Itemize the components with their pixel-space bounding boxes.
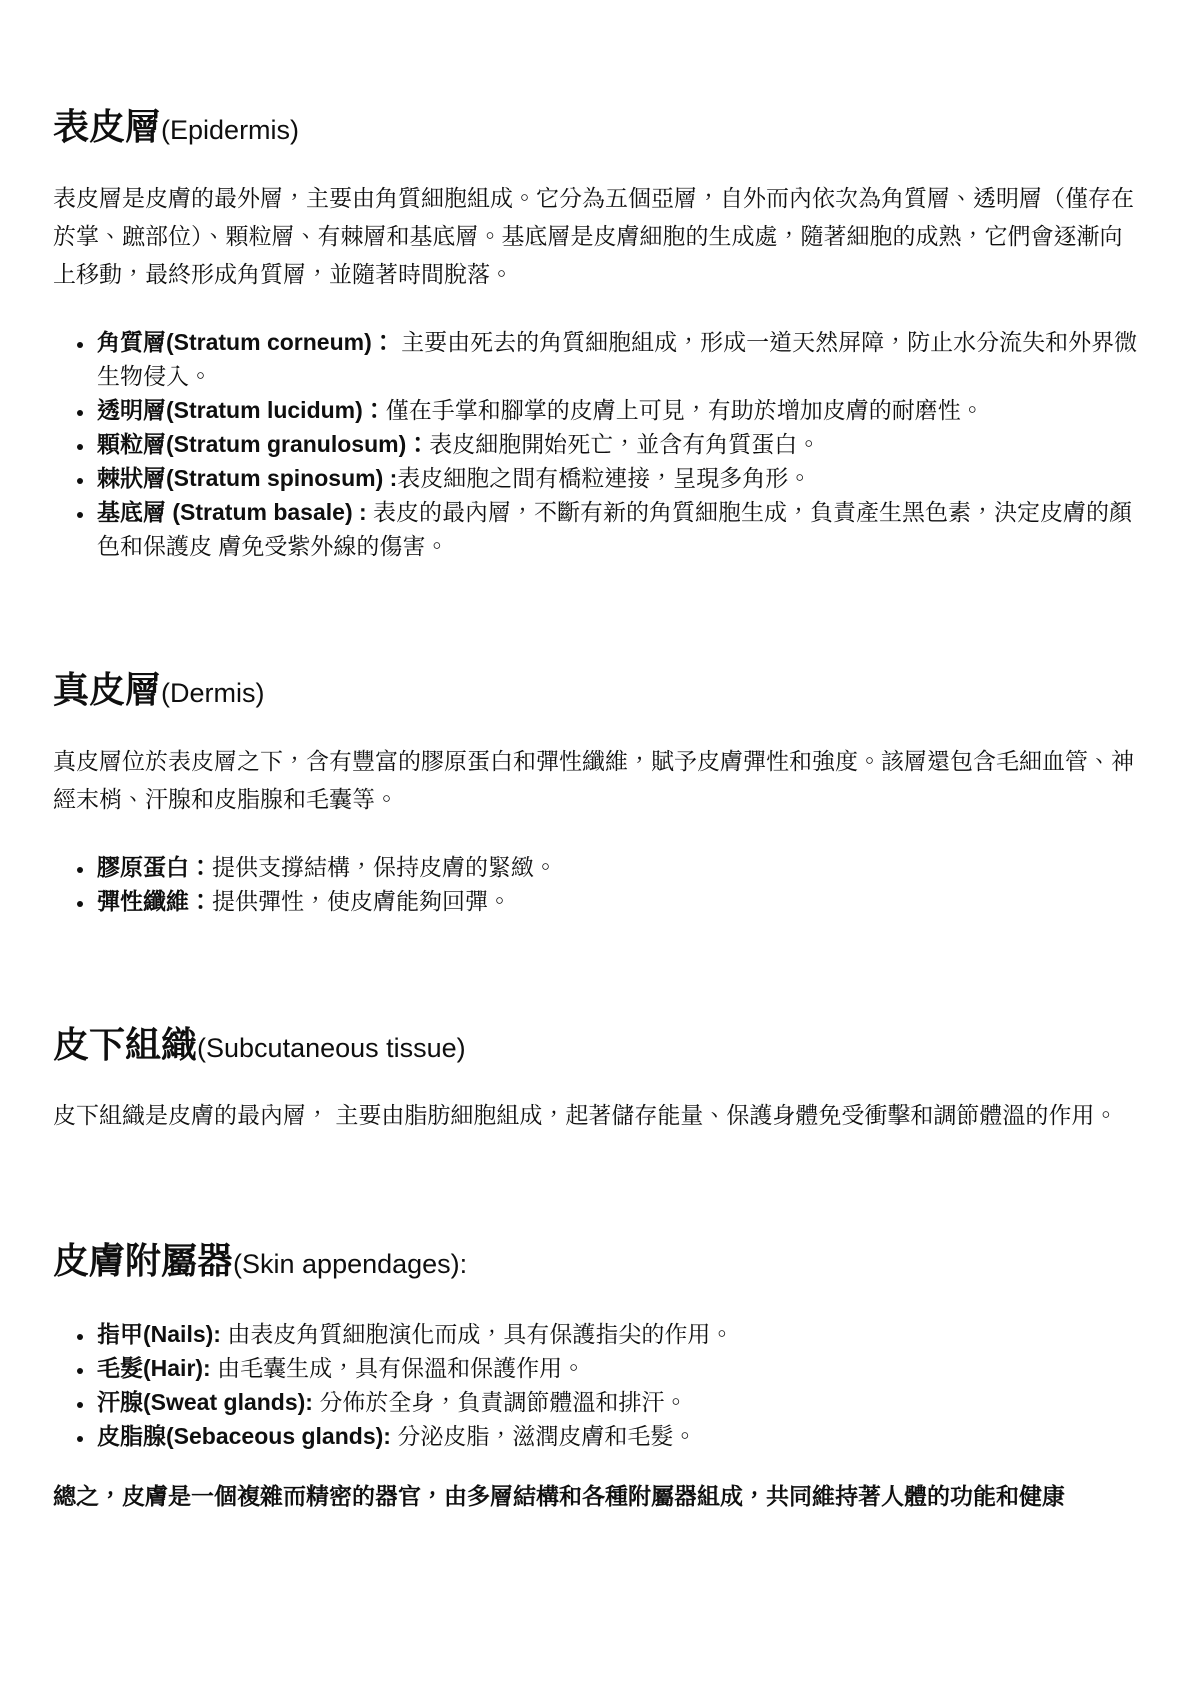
section-dermis: 真皮層(Dermis) 真皮層位於表皮層之下，含有豐富的膠原蛋白和彈性纖維，賦予… bbox=[53, 667, 1141, 918]
paragraph-subcutaneous: 皮下組織是皮膚的最內層， 主要由脂肪細胞組成，起著儲存能量、保護身體免受衝擊和調… bbox=[53, 1096, 1141, 1134]
bullet-list-appendages: 指甲(Nails): 由表皮角質細胞演化而成，具有保護指尖的作用。 毛髮(Hai… bbox=[53, 1317, 1141, 1453]
bullet-list-dermis: 膠原蛋白：提供支撐結構，保持皮膚的緊緻。 彈性纖維：提供彈性，使皮膚能夠回彈。 bbox=[53, 850, 1141, 918]
heading-appendages: 皮膚附屬器(Skin appendages): bbox=[53, 1238, 1141, 1285]
bullet-desc: 由表皮角質細胞演化而成，具有保護指尖的作用。 bbox=[221, 1321, 733, 1347]
bullet-desc: 由毛囊生成，具有保溫和保護作用。 bbox=[211, 1355, 585, 1381]
paragraph-dermis: 真皮層位於表皮層之下，含有豐富的膠原蛋白和彈性纖維，賦予皮膚彈性和強度。該層還包… bbox=[53, 742, 1141, 818]
heading-en: (Subcutaneous tissue) bbox=[197, 1033, 466, 1063]
heading-epidermis: 表皮層(Epidermis) bbox=[53, 104, 1141, 151]
bullet-desc: 分泌皮脂，滋潤皮膚和毛髮。 bbox=[391, 1423, 696, 1449]
list-item: 膠原蛋白：提供支撐結構，保持皮膚的緊緻。 bbox=[95, 850, 1141, 884]
section-subcutaneous: 皮下組織(Subcutaneous tissue) 皮下組織是皮膚的最內層， 主… bbox=[53, 1022, 1141, 1135]
section-appendages: 皮膚附屬器(Skin appendages): 指甲(Nails): 由表皮角質… bbox=[53, 1238, 1141, 1453]
bullet-term: 毛髮(Hair): bbox=[97, 1355, 211, 1381]
bullet-desc: 僅在手掌和腳掌的皮膚上可見，有助於增加皮膚的耐磨性。 bbox=[386, 397, 984, 423]
list-item: 角質層(Stratum corneum)： 主要由死去的角質細胞組成，形成一道天… bbox=[95, 325, 1141, 393]
bullet-term: 彈性纖維： bbox=[97, 888, 212, 914]
section-epidermis: 表皮層(Epidermis) 表皮層是皮膚的最外層，主要由角質細胞組成。它分為五… bbox=[53, 104, 1141, 563]
conclusion-text: 總之，皮膚是一個複雜而精密的器官，由多層結構和各種附屬器組成，共同維持著人體的功… bbox=[53, 1477, 1141, 1515]
heading-en: (Dermis) bbox=[161, 678, 264, 708]
bullet-term: 指甲(Nails): bbox=[97, 1321, 221, 1347]
list-item: 皮脂腺(Sebaceous glands): 分泌皮脂，滋潤皮膚和毛髮。 bbox=[95, 1419, 1141, 1453]
document-page: { "page": { "background": "#ffffff", "te… bbox=[0, 0, 1191, 1683]
heading-en: (Skin appendages): bbox=[233, 1249, 467, 1279]
bullet-desc: 提供彈性，使皮膚能夠回彈。 bbox=[212, 888, 511, 914]
bullet-term: 角質層(Stratum corneum)： bbox=[97, 329, 395, 355]
document-body: 表皮層(Epidermis) 表皮層是皮膚的最外層，主要由角質細胞組成。它分為五… bbox=[53, 104, 1141, 1515]
heading-dermis: 真皮層(Dermis) bbox=[53, 667, 1141, 714]
bullet-desc: 表皮細胞開始死亡，並含有角質蛋白。 bbox=[429, 431, 820, 457]
bullet-term: 膠原蛋白： bbox=[97, 854, 212, 880]
bullet-desc: 分佈於全身，負責調節體溫和排汗。 bbox=[313, 1389, 687, 1415]
bullet-term: 汗腺(Sweat glands): bbox=[97, 1389, 313, 1415]
heading-zh: 表皮層 bbox=[53, 106, 161, 147]
list-item: 基底層 (Stratum basale) : 表皮的最內層，不斷有新的角質細胞生… bbox=[95, 495, 1141, 563]
heading-en: (Epidermis) bbox=[161, 115, 299, 145]
list-item: 透明層(Stratum lucidum)：僅在手掌和腳掌的皮膚上可見，有助於增加… bbox=[95, 393, 1141, 427]
list-item: 彈性纖維：提供彈性，使皮膚能夠回彈。 bbox=[95, 884, 1141, 918]
heading-subcutaneous: 皮下組織(Subcutaneous tissue) bbox=[53, 1022, 1141, 1069]
list-item: 指甲(Nails): 由表皮角質細胞演化而成，具有保護指尖的作用。 bbox=[95, 1317, 1141, 1351]
list-item: 棘狀層(Stratum spinosum) :表皮細胞之間有橋粒連接，呈現多角形… bbox=[95, 461, 1141, 495]
heading-zh: 皮下組織 bbox=[53, 1024, 197, 1065]
list-item: 汗腺(Sweat glands): 分佈於全身，負責調節體溫和排汗。 bbox=[95, 1385, 1141, 1419]
bullet-desc: 表皮細胞之間有橋粒連接，呈現多角形。 bbox=[397, 465, 811, 491]
bullet-term: 基底層 (Stratum basale) : bbox=[97, 499, 367, 525]
bullet-term: 透明層(Stratum lucidum)： bbox=[97, 397, 386, 423]
bullet-list-epidermis: 角質層(Stratum corneum)： 主要由死去的角質細胞組成，形成一道天… bbox=[53, 325, 1141, 563]
heading-zh: 皮膚附屬器 bbox=[53, 1240, 233, 1281]
bullet-term: 棘狀層(Stratum spinosum) : bbox=[97, 465, 397, 491]
list-item: 顆粒層(Stratum granulosum)：表皮細胞開始死亡，並含有角質蛋白… bbox=[95, 427, 1141, 461]
heading-zh: 真皮層 bbox=[53, 669, 161, 710]
bullet-term: 皮脂腺(Sebaceous glands): bbox=[97, 1423, 391, 1449]
bullet-term: 顆粒層(Stratum granulosum)： bbox=[97, 431, 429, 457]
bullet-desc: 提供支撐結構，保持皮膚的緊緻。 bbox=[212, 854, 557, 880]
paragraph-epidermis: 表皮層是皮膚的最外層，主要由角質細胞組成。它分為五個亞層，自外而內依次為角質層、… bbox=[53, 179, 1141, 293]
list-item: 毛髮(Hair): 由毛囊生成，具有保溫和保護作用。 bbox=[95, 1351, 1141, 1385]
